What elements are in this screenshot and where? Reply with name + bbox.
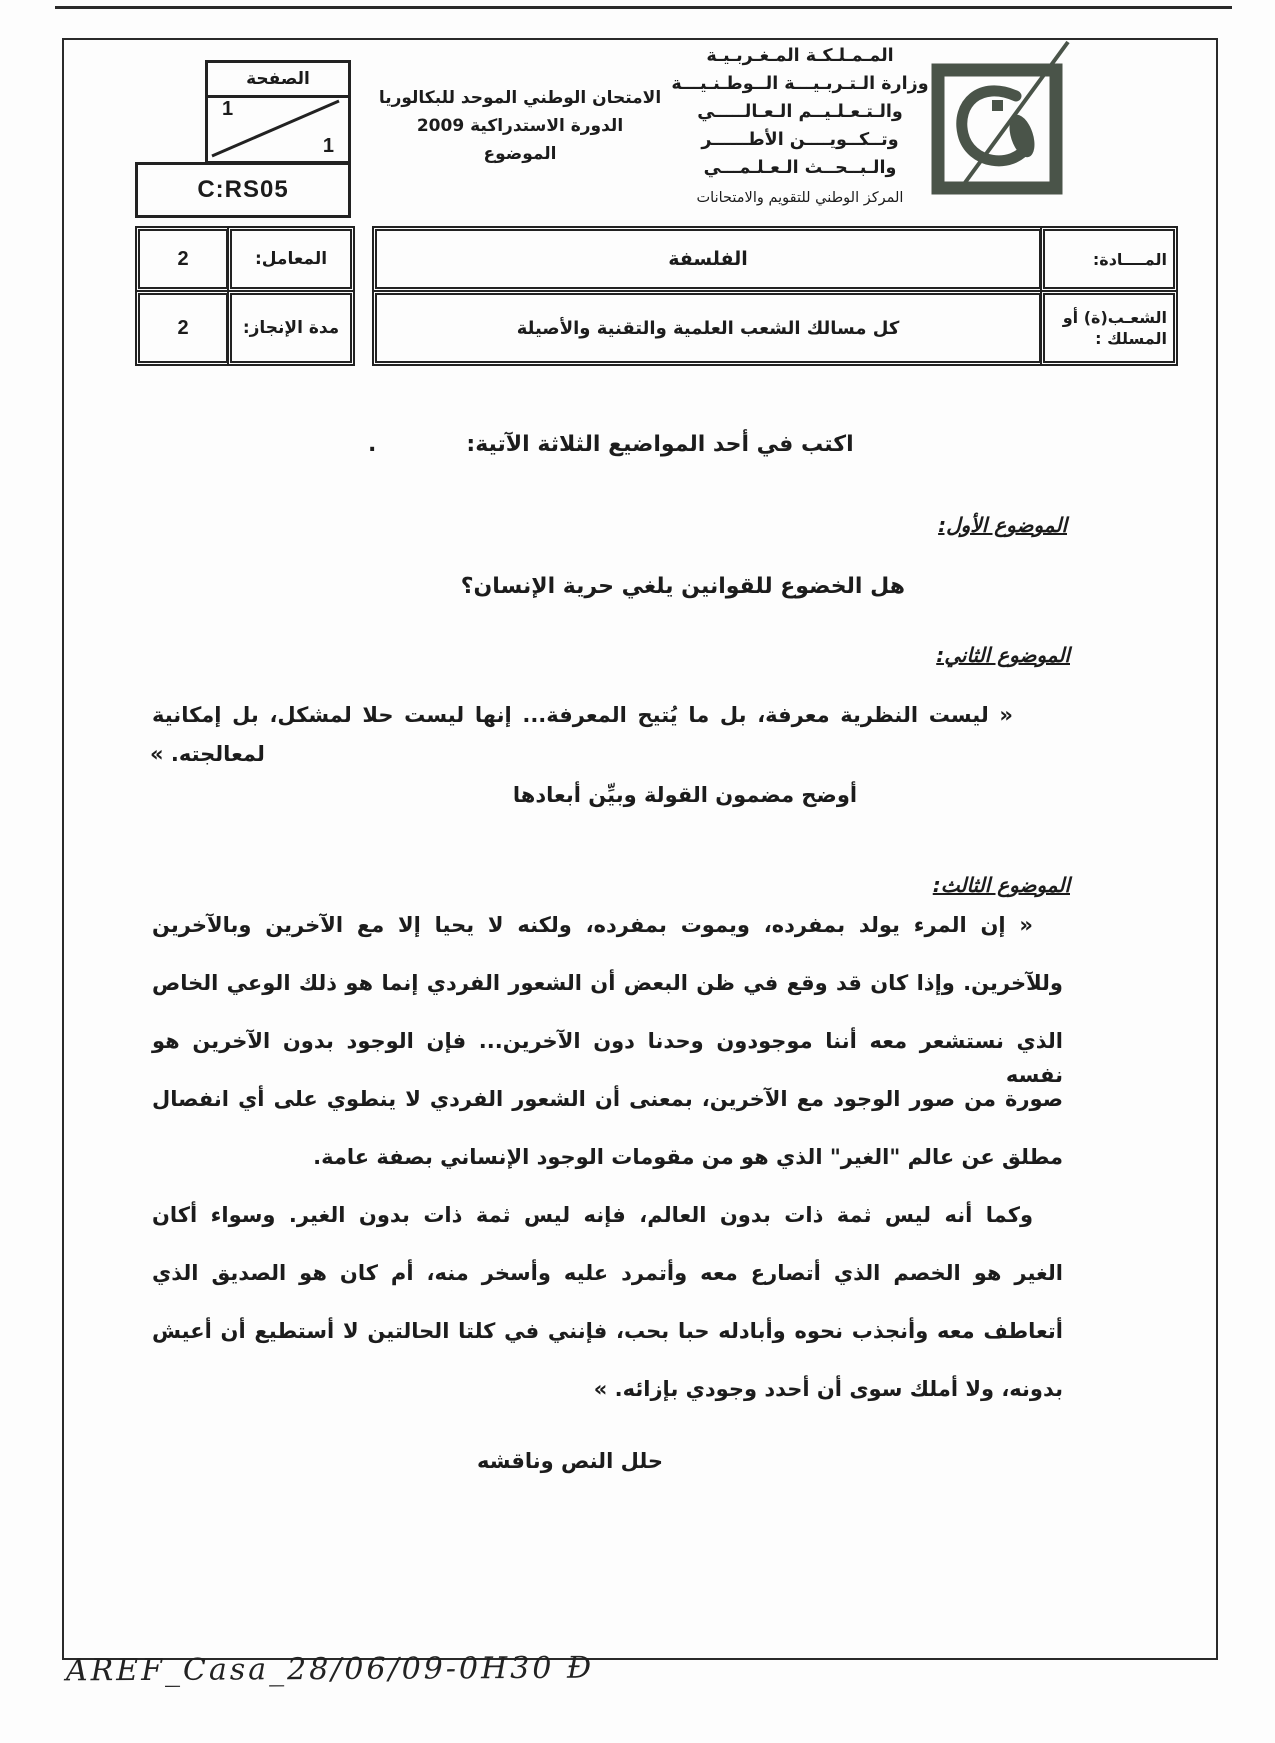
- topic1-heading: الموضوع الأول:: [938, 508, 1067, 542]
- topic3-line: الغير هو الخصم الذي أتصارع معه وأتمرد عل…: [152, 1256, 1063, 1290]
- evaluation-center-name: المركز الوطني للتقويم والامتحانات: [635, 190, 965, 206]
- page-number-label: الصفحة: [208, 63, 348, 98]
- exam-title-block: الامتحان الوطني الموحد للبكالوريا الدورة…: [365, 84, 675, 168]
- page-number-fraction: 1 1: [208, 98, 348, 158]
- exam-code: C:RS05: [197, 176, 288, 204]
- topic3-task: حلل النص وناقشه: [380, 1444, 760, 1478]
- exam-session: الدورة الاستدراكية 2009: [365, 112, 675, 140]
- topic3-heading: الموضوع الثالث:: [933, 868, 1070, 902]
- official-line-training: وتــكــويــــن الأطــــــر: [650, 126, 950, 154]
- page-number-current: 1: [222, 98, 233, 121]
- handwritten-note: AREF_Casa_28/06/09-0H30 Đ: [66, 1651, 594, 1689]
- topic3-line: وكما أنه ليس ثمة ذات بدون العالم، فإنه ل…: [152, 1198, 1063, 1232]
- official-line-higher-ed: والـتـعـلـيــم الـعـالـــــي: [650, 98, 950, 126]
- branch-label: الشعـب(ة) أو المسلك :: [1040, 290, 1178, 366]
- exam-title: الامتحان الوطني الموحد للبكالوريا: [365, 84, 675, 112]
- duration-value: 2: [135, 290, 231, 366]
- topic3-line: وللآخرين. وإذا كان قد وقع في ظن البعض أن…: [152, 966, 1063, 1000]
- exam-code-box: C:RS05: [135, 162, 351, 218]
- branch-value: كل مسالك الشعب العلمية والتقنية والأصيلة: [372, 290, 1044, 366]
- topic3-line: صورة من صور الوجود مع الآخرين، بمعنى أن …: [152, 1082, 1063, 1116]
- official-line-kingdom: المـمـلـكـة المـغـربـيـة: [650, 42, 950, 70]
- official-line-ministry: وزارة الـتـربـيـــة الــوطـنـيـــة: [650, 70, 950, 98]
- official-line-research: والـبــحــث الـعـلـمـــي: [650, 154, 950, 182]
- exam-doc-type: الموضوع: [365, 140, 675, 168]
- coefficient-label: المعامل:: [227, 226, 355, 292]
- subject-label: المــــادة:: [1040, 226, 1178, 292]
- scanned-exam-page: الصفحة 1 1 C:RS05 الامتحان الوطني الموحد…: [0, 0, 1275, 1743]
- page-number-total: 1: [323, 135, 334, 158]
- topic3-line: أتعاطف معه وأنجذب نحوه وأبادله حبا بحب، …: [152, 1314, 1063, 1348]
- exam-instruction: اكتب في أحد المواضيع الثلاثة الآتية:: [300, 428, 1020, 462]
- ministry-logo-icon: [930, 58, 1070, 200]
- topic3-line: بدونه، ولا أملك سوى أن أحدد وجودي بإزائه…: [594, 1372, 1063, 1406]
- topic1-question: هل الخضوع للقوانين يلغي حرية الإنسان؟: [461, 570, 905, 604]
- subject-value: الفلسفة: [372, 226, 1044, 292]
- topic2-heading: الموضوع الثاني:: [936, 638, 1070, 672]
- official-header: المـمـلـكـة المـغـربـيـة وزارة الـتـربـي…: [650, 42, 950, 182]
- duration-label: مدة الإنجاز:: [227, 290, 355, 366]
- topic3-line: مطلق عن عالم "الغير" الذي هو من مقومات ا…: [313, 1140, 1063, 1174]
- topic2-quote-line1: « ليست النظرية معرفة، بل ما يُتيح المعرف…: [152, 698, 1013, 732]
- stray-dot: .: [368, 428, 376, 462]
- topic2-task: أوضح مضمون القولة وبيِّن أبعادها: [440, 778, 930, 812]
- coefficient-value: 2: [135, 226, 231, 292]
- topic3-line: « إن المرء يولد بمفرده، ويموت بمفرده، ول…: [152, 908, 1063, 942]
- page-number-box: الصفحة 1 1: [205, 60, 351, 164]
- scan-top-edge-line: [55, 6, 1232, 9]
- topic2-quote-line2: لمعالجته. »: [150, 737, 265, 771]
